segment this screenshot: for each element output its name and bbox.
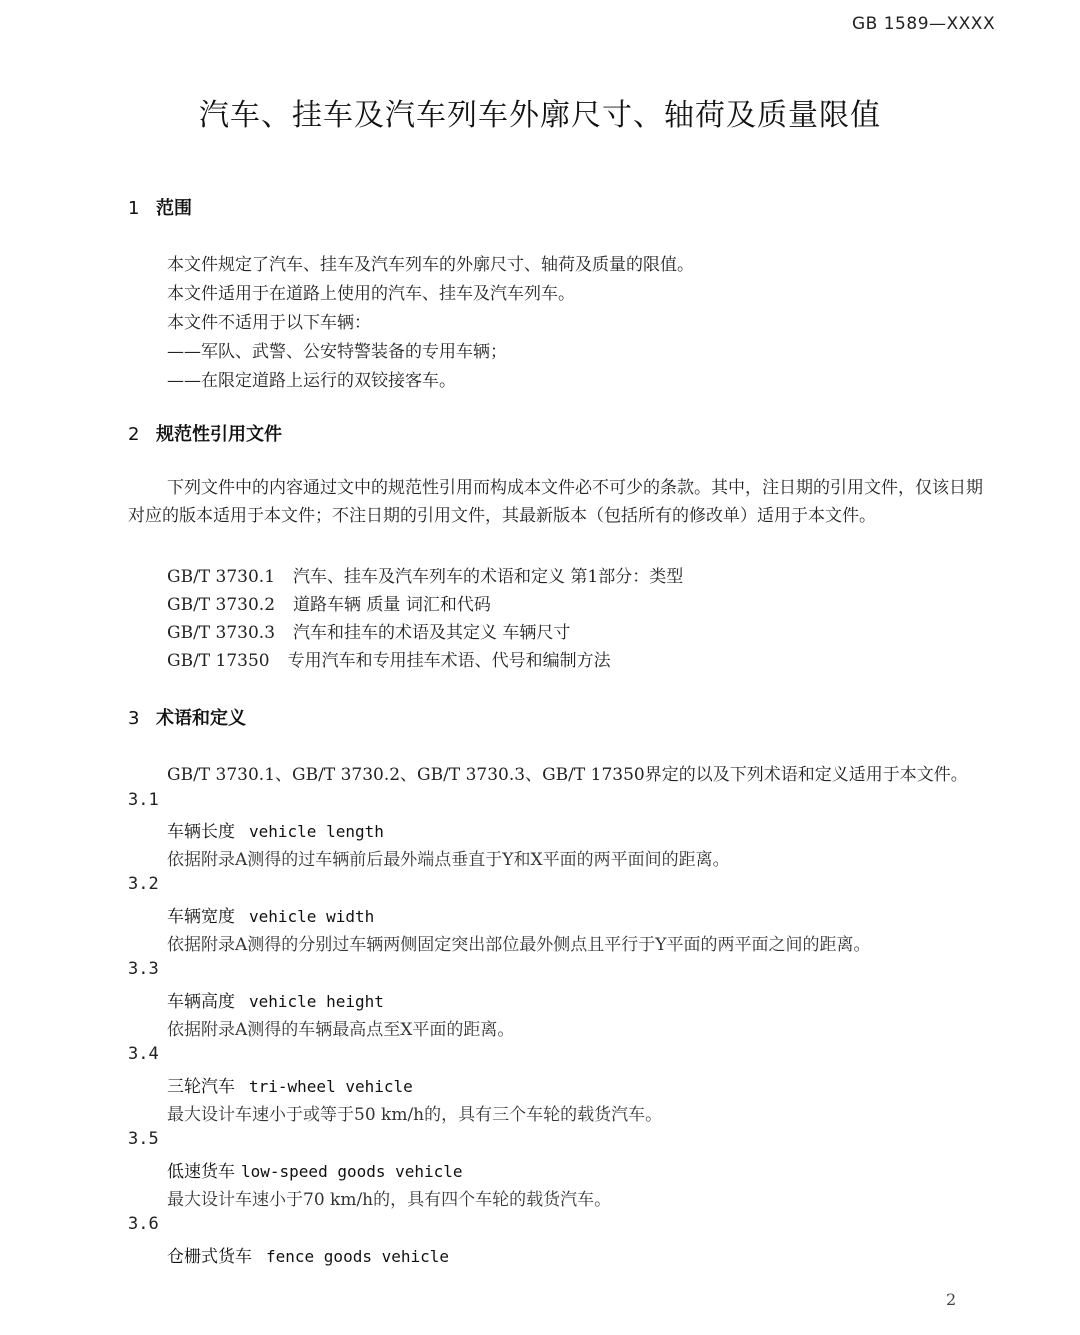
term-heading: 低速货车low-speed goods vehicle xyxy=(167,1157,463,1182)
page-number: 2 xyxy=(946,1290,956,1309)
section-number: 3 xyxy=(128,708,156,729)
term-number: 3.6 xyxy=(128,1214,159,1234)
reference-code: GB/T 3730.3 xyxy=(167,623,275,643)
term-definition: 最大设计车速小于70 km/h的，具有四个车轮的载货汽车。 xyxy=(167,1185,611,1210)
reference-row: GB/T 3730.1汽车、挂车及汽车列车的术语和定义 第1部分：类型 xyxy=(167,562,683,587)
reference-code: GB/T 3730.2 xyxy=(167,595,275,615)
term-en: vehicle length xyxy=(249,822,384,841)
term-heading: 仓栅式货车fence goods vehicle xyxy=(167,1242,449,1267)
term-number: 3.2 xyxy=(128,874,159,894)
terms-intro: GB/T 3730.1、GB/T 3730.2、GB/T 3730.3、GB/T… xyxy=(167,760,968,785)
reference-title: 专用汽车和专用挂车术语、代号和编制方法 xyxy=(288,651,611,671)
term-number: 3.1 xyxy=(128,790,159,810)
term-zh: 车辆宽度 xyxy=(167,907,235,927)
reference-row: GB/T 17350专用汽车和专用挂车术语、代号和编制方法 xyxy=(167,646,611,671)
term-definition: 依据附录A测得的分别过车辆两侧固定突出部位最外侧点且平行于Y平面的两平面之间的距… xyxy=(167,930,871,955)
term-zh: 低速货车 xyxy=(167,1162,235,1182)
term-heading: 车辆高度vehicle height xyxy=(167,987,384,1012)
term-en: fence goods vehicle xyxy=(266,1247,449,1266)
reference-title: 道路车辆 质量 词汇和代码 xyxy=(293,595,491,615)
term-number: 3.3 xyxy=(128,959,159,979)
standard-code-header: GB 1589—XXXX xyxy=(852,14,995,34)
term-heading: 三轮汽车tri-wheel vehicle xyxy=(167,1072,413,1097)
reference-code: GB/T 17350 xyxy=(167,651,270,671)
section-heading-normative-refs: 2规范性引用文件 xyxy=(128,420,282,446)
document-title: 汽车、挂车及汽车列车外廓尺寸、轴荷及质量限值 xyxy=(0,90,1080,134)
section-title: 范围 xyxy=(156,198,192,219)
term-zh: 车辆长度 xyxy=(167,822,235,842)
term-zh: 车辆高度 xyxy=(167,992,235,1012)
term-zh: 仓栅式货车 xyxy=(167,1247,252,1267)
section-heading-terms: 3术语和定义 xyxy=(128,704,246,730)
scope-list-item: ——在限定道路上运行的双铰接客车。 xyxy=(167,366,456,391)
term-en: vehicle width xyxy=(249,907,374,926)
scope-list-item: ——军队、武警、公安特警装备的专用车辆； xyxy=(167,337,507,362)
term-en: vehicle height xyxy=(249,992,384,1011)
normative-refs-intro: 下列文件中的内容通过文中的规范性引用而构成本文件必不可少的条款。其中，注日期的引… xyxy=(128,474,988,530)
scope-paragraph: 本文件不适用于以下车辆： xyxy=(167,308,371,333)
reference-title: 汽车、挂车及汽车列车的术语和定义 第1部分：类型 xyxy=(293,567,683,587)
term-definition: 依据附录A测得的车辆最高点至X平面的距离。 xyxy=(167,1015,514,1040)
scope-paragraph: 本文件适用于在道路上使用的汽车、挂车及汽车列车。 xyxy=(167,279,575,304)
reference-row: GB/T 3730.3汽车和挂车的术语及其定义 车辆尺寸 xyxy=(167,618,570,643)
reference-code: GB/T 3730.1 xyxy=(167,567,275,587)
term-zh: 三轮汽车 xyxy=(167,1077,235,1097)
term-number: 3.4 xyxy=(128,1044,159,1064)
term-en: tri-wheel vehicle xyxy=(249,1077,413,1096)
term-number: 3.5 xyxy=(128,1129,159,1149)
section-number: 1 xyxy=(128,198,156,219)
reference-title: 汽车和挂车的术语及其定义 车辆尺寸 xyxy=(293,623,570,643)
term-definition: 最大设计车速小于或等于50 km/h的，具有三个车轮的载货汽车。 xyxy=(167,1100,662,1125)
section-number: 2 xyxy=(128,424,156,445)
term-heading: 车辆宽度vehicle width xyxy=(167,902,374,927)
scope-paragraph: 本文件规定了汽车、挂车及汽车列车的外廓尺寸、轴荷及质量的限值。 xyxy=(167,250,694,275)
section-heading-scope: 1范围 xyxy=(128,194,192,220)
term-en: low-speed goods vehicle xyxy=(241,1162,463,1181)
term-definition: 依据附录A测得的过车辆前后最外端点垂直于Y和X平面的两平面间的距离。 xyxy=(167,845,730,870)
term-heading: 车辆长度vehicle length xyxy=(167,817,384,842)
reference-row: GB/T 3730.2道路车辆 质量 词汇和代码 xyxy=(167,590,491,615)
section-title: 规范性引用文件 xyxy=(156,424,282,445)
section-title: 术语和定义 xyxy=(156,708,246,729)
